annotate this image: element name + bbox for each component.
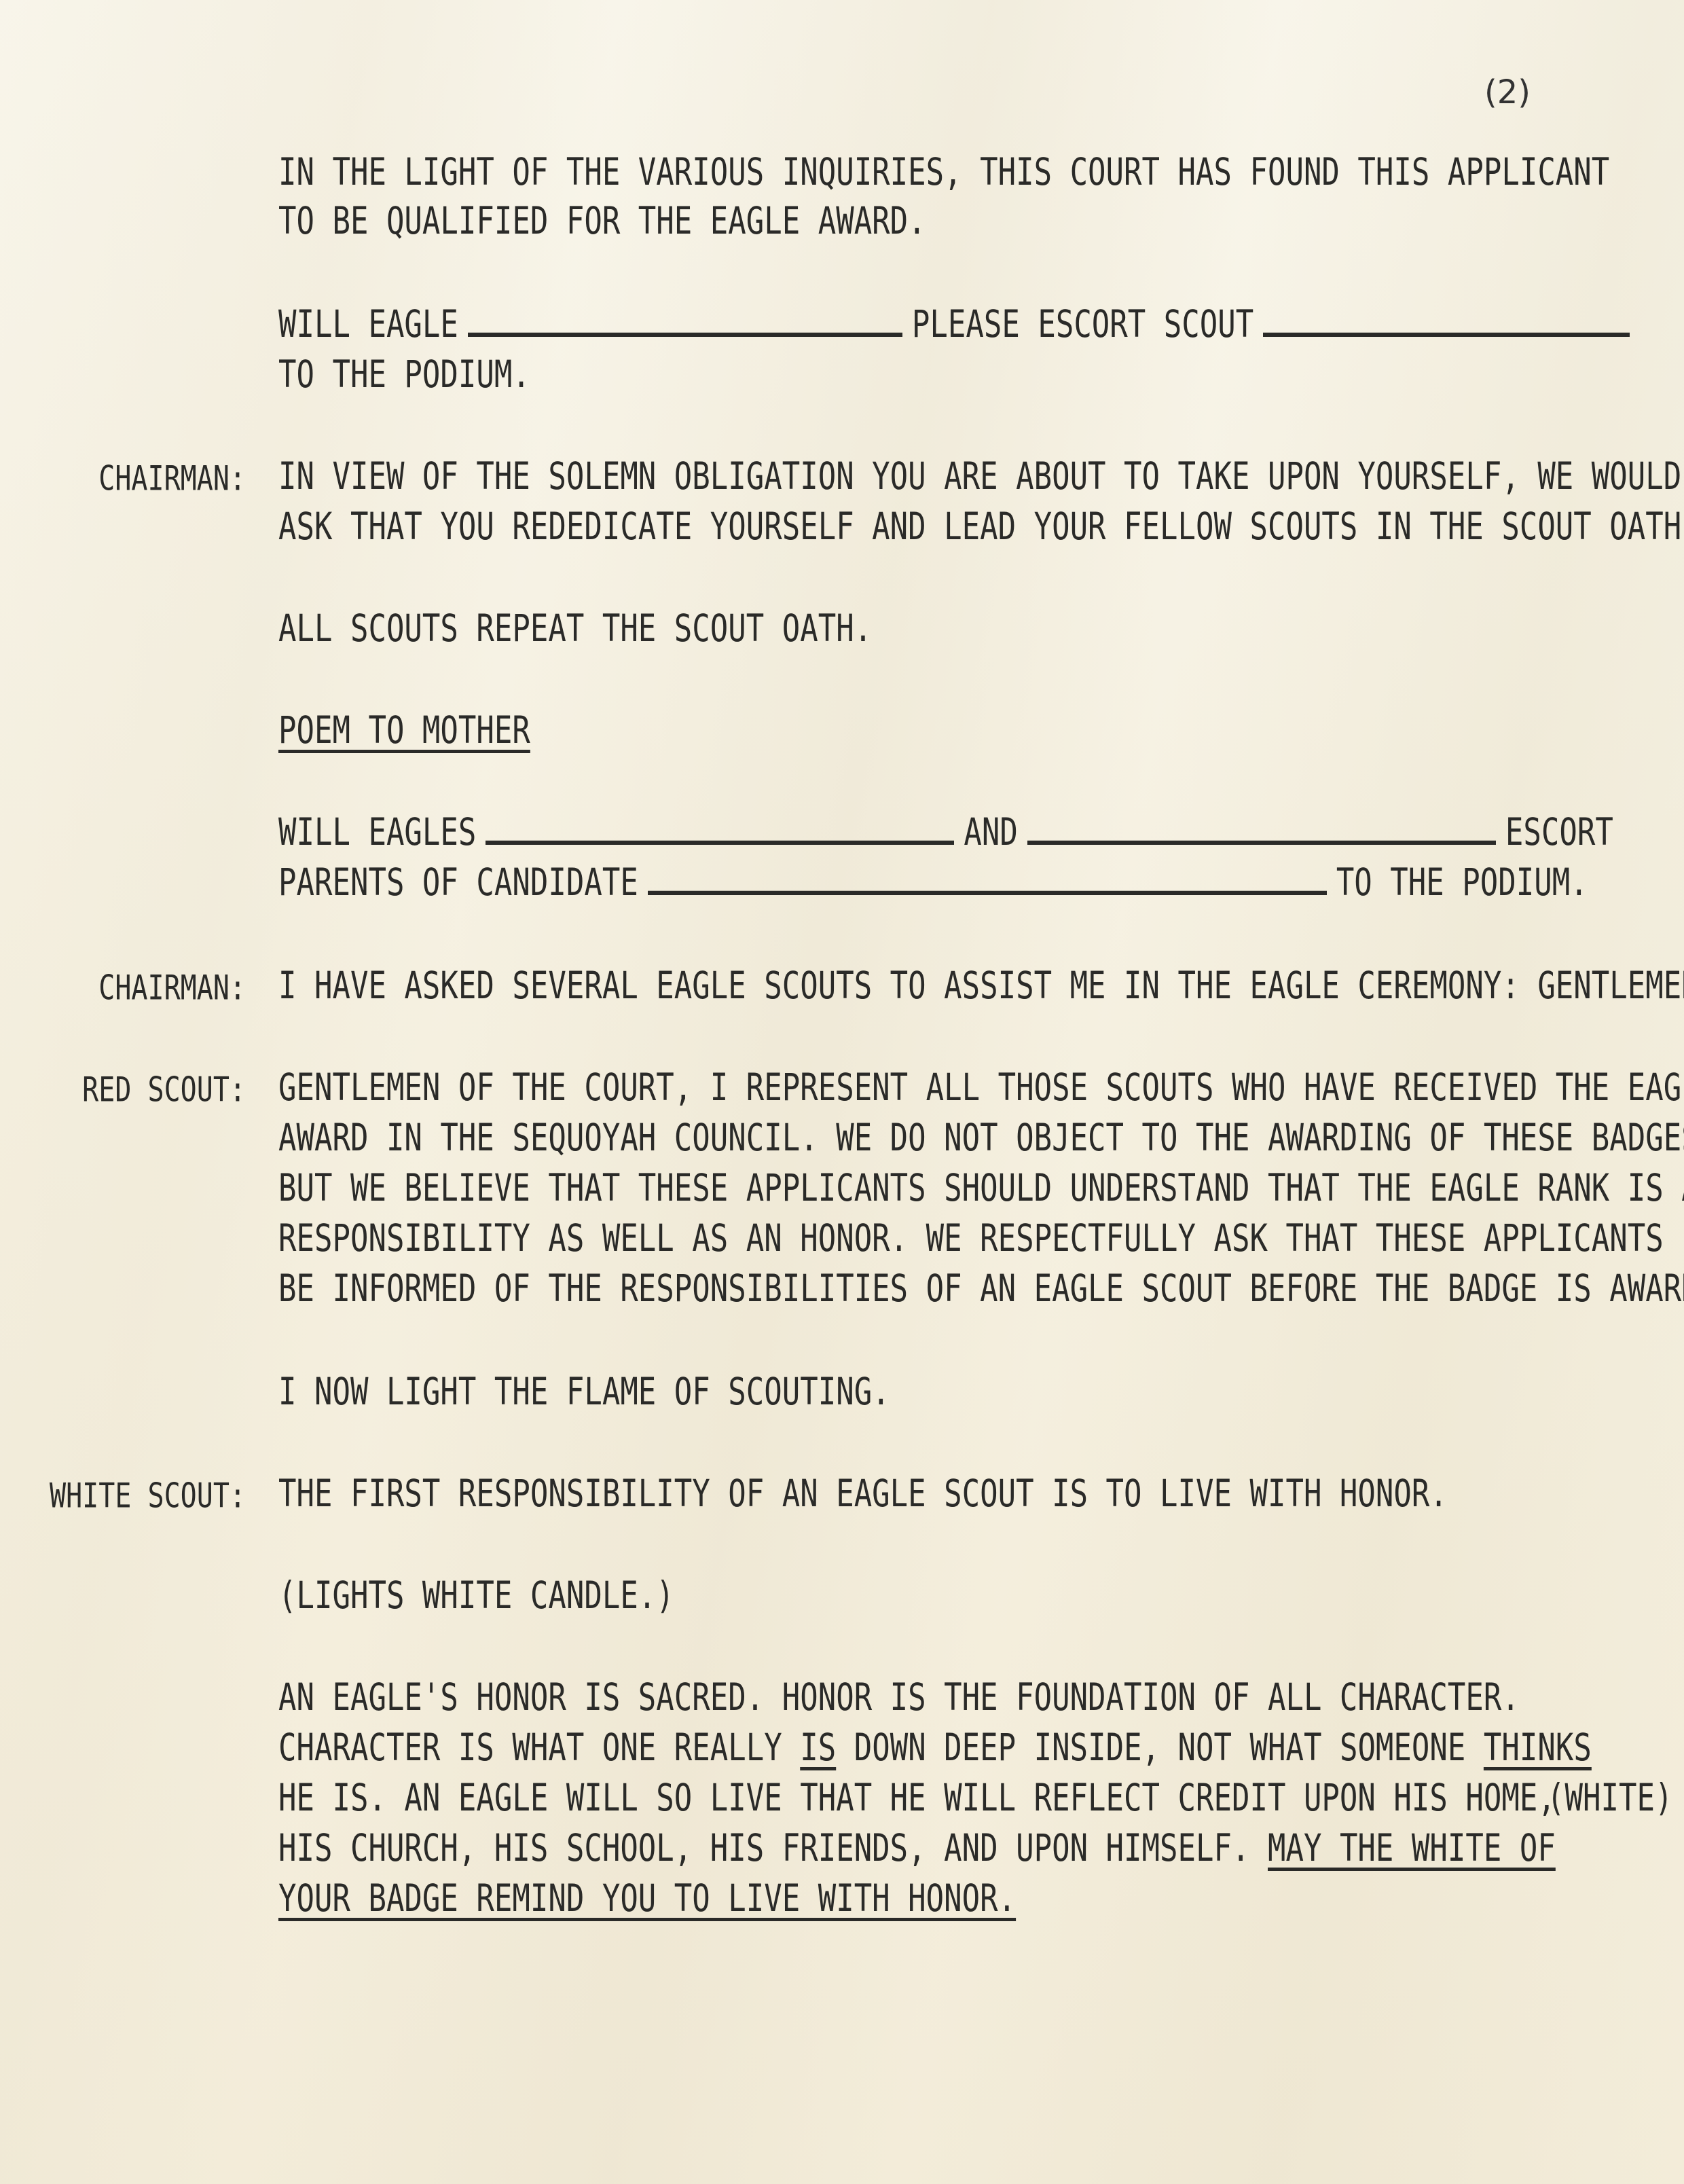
white-scout-line-1: THE FIRST RESPONSIBILITY OF AN EAGLE SCO… <box>278 1476 1448 1513</box>
eagles-escort-line: WILL EAGLESANDESCORT <box>278 814 1613 852</box>
speaker-chairman-2: CHAIRMAN: <box>98 971 246 1005</box>
honor-line-4: HIS CHURCH, HIS SCHOOL, HIS FRIENDS, AND… <box>278 1830 1556 1868</box>
escort-prefix: WILL EAGLE <box>278 303 458 346</box>
eagles-prefix: WILL EAGLES <box>278 811 476 854</box>
escort-line-2: TO THE PODIUM. <box>278 357 530 394</box>
intro-line-1: IN THE LIGHT OF THE VARIOUS INQUIRIES, T… <box>278 154 1609 192</box>
candidate-parents-blank <box>648 884 1327 895</box>
red-scout-line-4: RESPONSIBILITY AS WELL AS AN HONOR. WE R… <box>278 1220 1664 1258</box>
candle-direction: (LIGHTS WHITE CANDLE.) <box>278 1578 674 1615</box>
red-scout-line-2: AWARD IN THE SEQUOYAH COUNCIL. WE DO NOT… <box>278 1120 1684 1157</box>
chairman-line-2: I HAVE ASKED SEVERAL EAGLE SCOUTS TO ASS… <box>278 968 1684 1005</box>
eagles-escort: ESCORT <box>1505 811 1613 854</box>
red-scout-line-1: GENTLEMEN OF THE COURT, I REPRESENT ALL … <box>278 1070 1684 1107</box>
oath-instruction: ALL SCOUTS REPEAT THE SCOUT OATH. <box>278 611 872 648</box>
eagle-1-blank <box>486 834 954 845</box>
red-scout-line-3: BUT WE BELIEVE THAT THESE APPLICANTS SHO… <box>278 1170 1684 1207</box>
emphasis-thinks: THINKS <box>1484 1726 1592 1770</box>
poem-title: POEM TO MOTHER <box>278 712 530 750</box>
eagle-name-blank <box>468 326 902 337</box>
margin-note-white: (WHITE) <box>1547 1780 1672 1817</box>
honor-line-2: CHARACTER IS WHAT ONE REALLY IS DOWN DEE… <box>278 1730 1592 1767</box>
speaker-chairman-1: CHAIRMAN: <box>98 462 246 496</box>
honor-line-1: AN EAGLE'S HONOR IS SACRED. HONOR IS THE… <box>278 1679 1520 1717</box>
honor-line-2-part-c: DOWN DEEP INSIDE, NOT WHAT SOMEONE <box>854 1726 1466 1770</box>
page-number: (2) <box>1484 73 1531 111</box>
parents-line: PARENTS OF CANDIDATETO THE PODIUM. <box>278 864 1588 902</box>
parents-suffix: TO THE PODIUM. <box>1336 861 1588 905</box>
speaker-white-scout: WHITE SCOUT: <box>50 1479 246 1513</box>
parents-prefix: PARENTS OF CANDIDATE <box>278 861 638 905</box>
emphasis-is: IS <box>800 1726 836 1770</box>
emphasis-may-the-white: MAY THE WHITE OF <box>1268 1827 1556 1870</box>
scout-name-blank <box>1263 326 1630 337</box>
speaker-red-scout: RED SCOUT: <box>82 1073 246 1107</box>
intro-line-2: TO BE QUALIFIED FOR THE EAGLE AWARD. <box>278 203 926 240</box>
red-scout-line-5: BE INFORMED OF THE RESPONSIBILITIES OF A… <box>278 1271 1684 1308</box>
eagle-2-blank <box>1027 834 1496 845</box>
honor-line-4-part-a: HIS CHURCH, HIS SCHOOL, HIS FRIENDS, AND… <box>278 1827 1249 1870</box>
flame-line: I NOW LIGHT THE FLAME OF SCOUTING. <box>278 1374 890 1411</box>
chairman-line-1a: IN VIEW OF THE SOLEMN OBLIGATION YOU ARE… <box>278 458 1681 496</box>
honor-line-5: YOUR BADGE REMIND YOU TO LIVE WITH HONOR… <box>278 1880 1016 1918</box>
honor-line-2-part-a: CHARACTER IS WHAT ONE REALLY <box>278 1726 782 1770</box>
honor-line-3: HE IS. AN EAGLE WILL SO LIVE THAT HE WIL… <box>278 1780 1556 1817</box>
escort-line-1: WILL EAGLEPLEASE ESCORT SCOUT <box>278 306 1639 344</box>
escort-middle: PLEASE ESCORT SCOUT <box>912 303 1253 346</box>
eagles-and: AND <box>964 811 1017 854</box>
chairman-line-1b: ASK THAT YOU REDEDICATE YOURSELF AND LEA… <box>278 509 1684 546</box>
